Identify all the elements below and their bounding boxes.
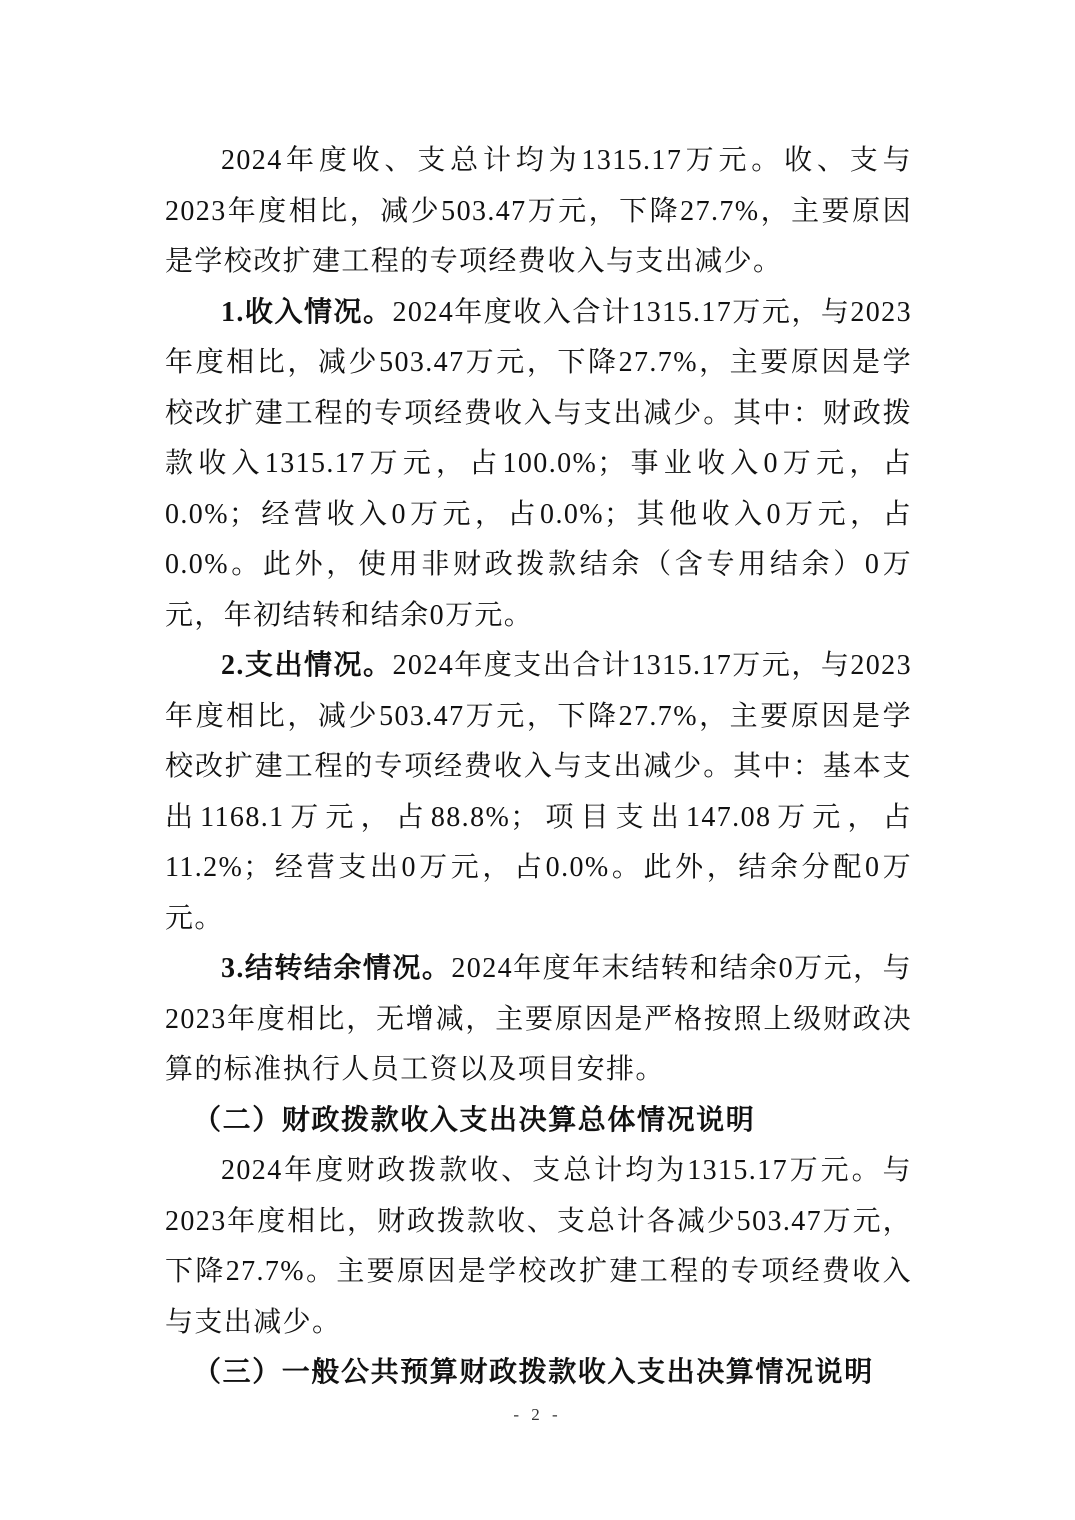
document-body: 2024年度收、支总计均为1315.17万元。收、支与2023年度相比，减少50… [165,136,912,1399]
paragraph-text: 2024年度收入合计1315.17万元，与2023年度相比，减少503.47万元… [165,297,912,631]
page-number: - 2 - [0,1405,1075,1425]
section-heading-general-budget: （三）一般公共预算财政拨款收入支出决算情况说明 [165,1348,912,1399]
paragraph-text: 2024年度支出合计1315.17万元，与2023年度相比，减少503.47万元… [165,650,912,934]
document-page: 2024年度收、支总计均为1315.17万元。收、支与2023年度相比，减少50… [0,0,1075,1520]
paragraph-text: 2024年度收、支总计均为1315.17万元。收、支与2023年度相比，减少50… [165,145,912,277]
paragraph-expenditure: 2.支出情况。2024年度支出合计1315.17万元，与2023年度相比，减少5… [165,641,912,944]
paragraph-income: 1.收入情况。2024年度收入合计1315.17万元，与2023年度相比，减少5… [165,288,912,642]
paragraph-total-summary: 2024年度收、支总计均为1315.17万元。收、支与2023年度相比，减少50… [165,136,912,288]
paragraph-fiscal-appropriation: 2024年度财政拨款收、支总计均为1315.17万元。与2023年度相比，财政拨… [165,1146,912,1348]
paragraph-carryover: 3.结转结余情况。2024年度年末结转和结余0万元，与2023年度相比，无增减，… [165,944,912,1096]
paragraph-lead: 3.结转结余情况。 [221,953,451,984]
paragraph-lead: 2.支出情况。 [221,650,393,681]
section-heading-fiscal-appropriation: （二）财政拨款收入支出决算总体情况说明 [165,1096,912,1147]
paragraph-lead: 1.收入情况。 [221,297,393,328]
